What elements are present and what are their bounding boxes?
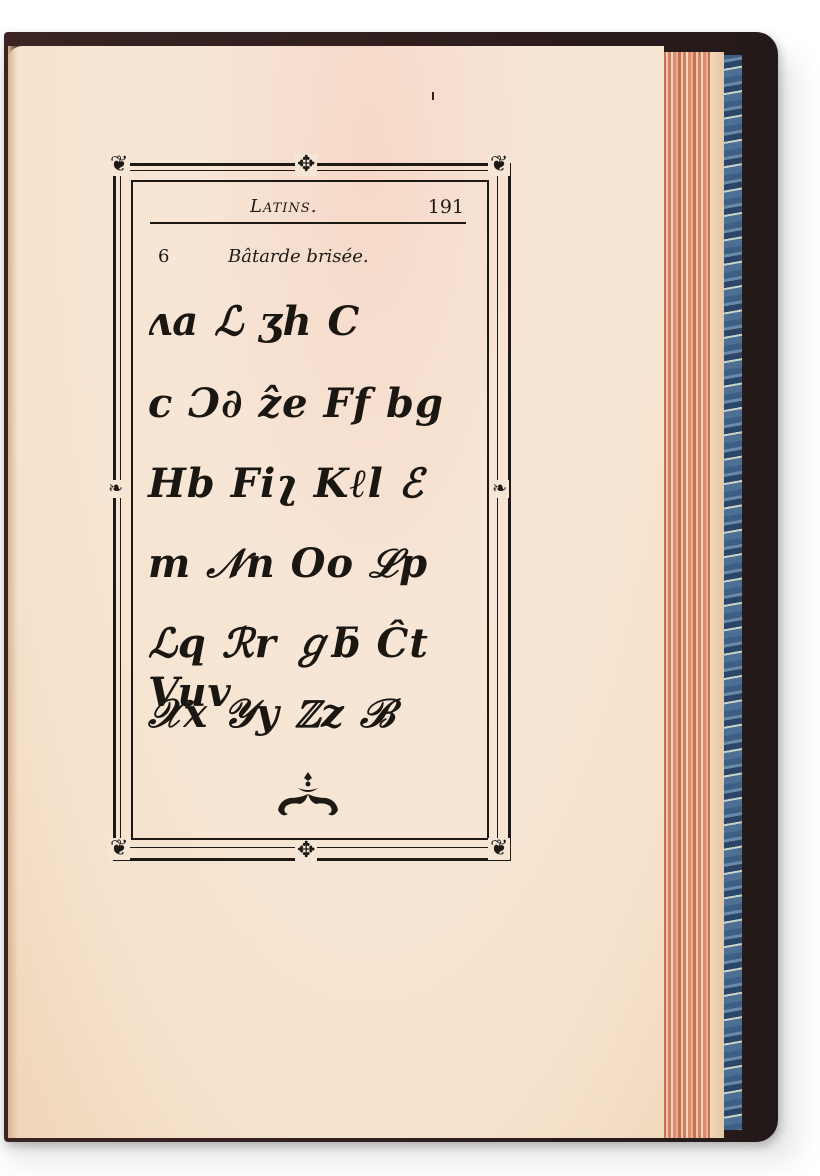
corner-ornament-icon: ❦ (108, 838, 130, 860)
tailpiece-ornament-icon (268, 770, 348, 830)
corner-ornament-icon: ❦ (108, 154, 130, 176)
running-head-title: Latins. (250, 196, 317, 217)
specimen-title: Bâtarde brisée. (228, 246, 369, 267)
running-head: Latins. 191 (150, 196, 466, 224)
alphabet-row: ʌa ℒ ʒh C (148, 298, 470, 345)
alphabet-row: 𝒳x 𝒴y ℤz ℬ (148, 690, 470, 737)
alphabet-row: c Ɔ∂ ẑe Ff bg (148, 380, 470, 427)
right-side-ornament-icon: ❧ (490, 480, 509, 498)
corner-ornament-icon: ❦ (488, 154, 510, 176)
alphabet-row: m 𝒩n Oo ℒp (148, 540, 470, 587)
specimen-number: 6 (158, 246, 169, 267)
corner-ornament-icon: ❦ (488, 838, 510, 860)
page-fore-edge (658, 52, 724, 1138)
left-side-ornament-icon: ❧ (106, 480, 125, 498)
ornamental-frame-inner (131, 180, 489, 840)
alphabet-row: Hb Fiʅ Kℓl ℰ (148, 460, 470, 507)
page-gutter-shadow (8, 46, 18, 1138)
page-number: 191 (428, 196, 464, 218)
top-center-ornament-icon: ✥ (295, 154, 317, 176)
ink-speck (432, 92, 434, 100)
bottom-center-ornament-icon: ✥ (295, 840, 317, 862)
